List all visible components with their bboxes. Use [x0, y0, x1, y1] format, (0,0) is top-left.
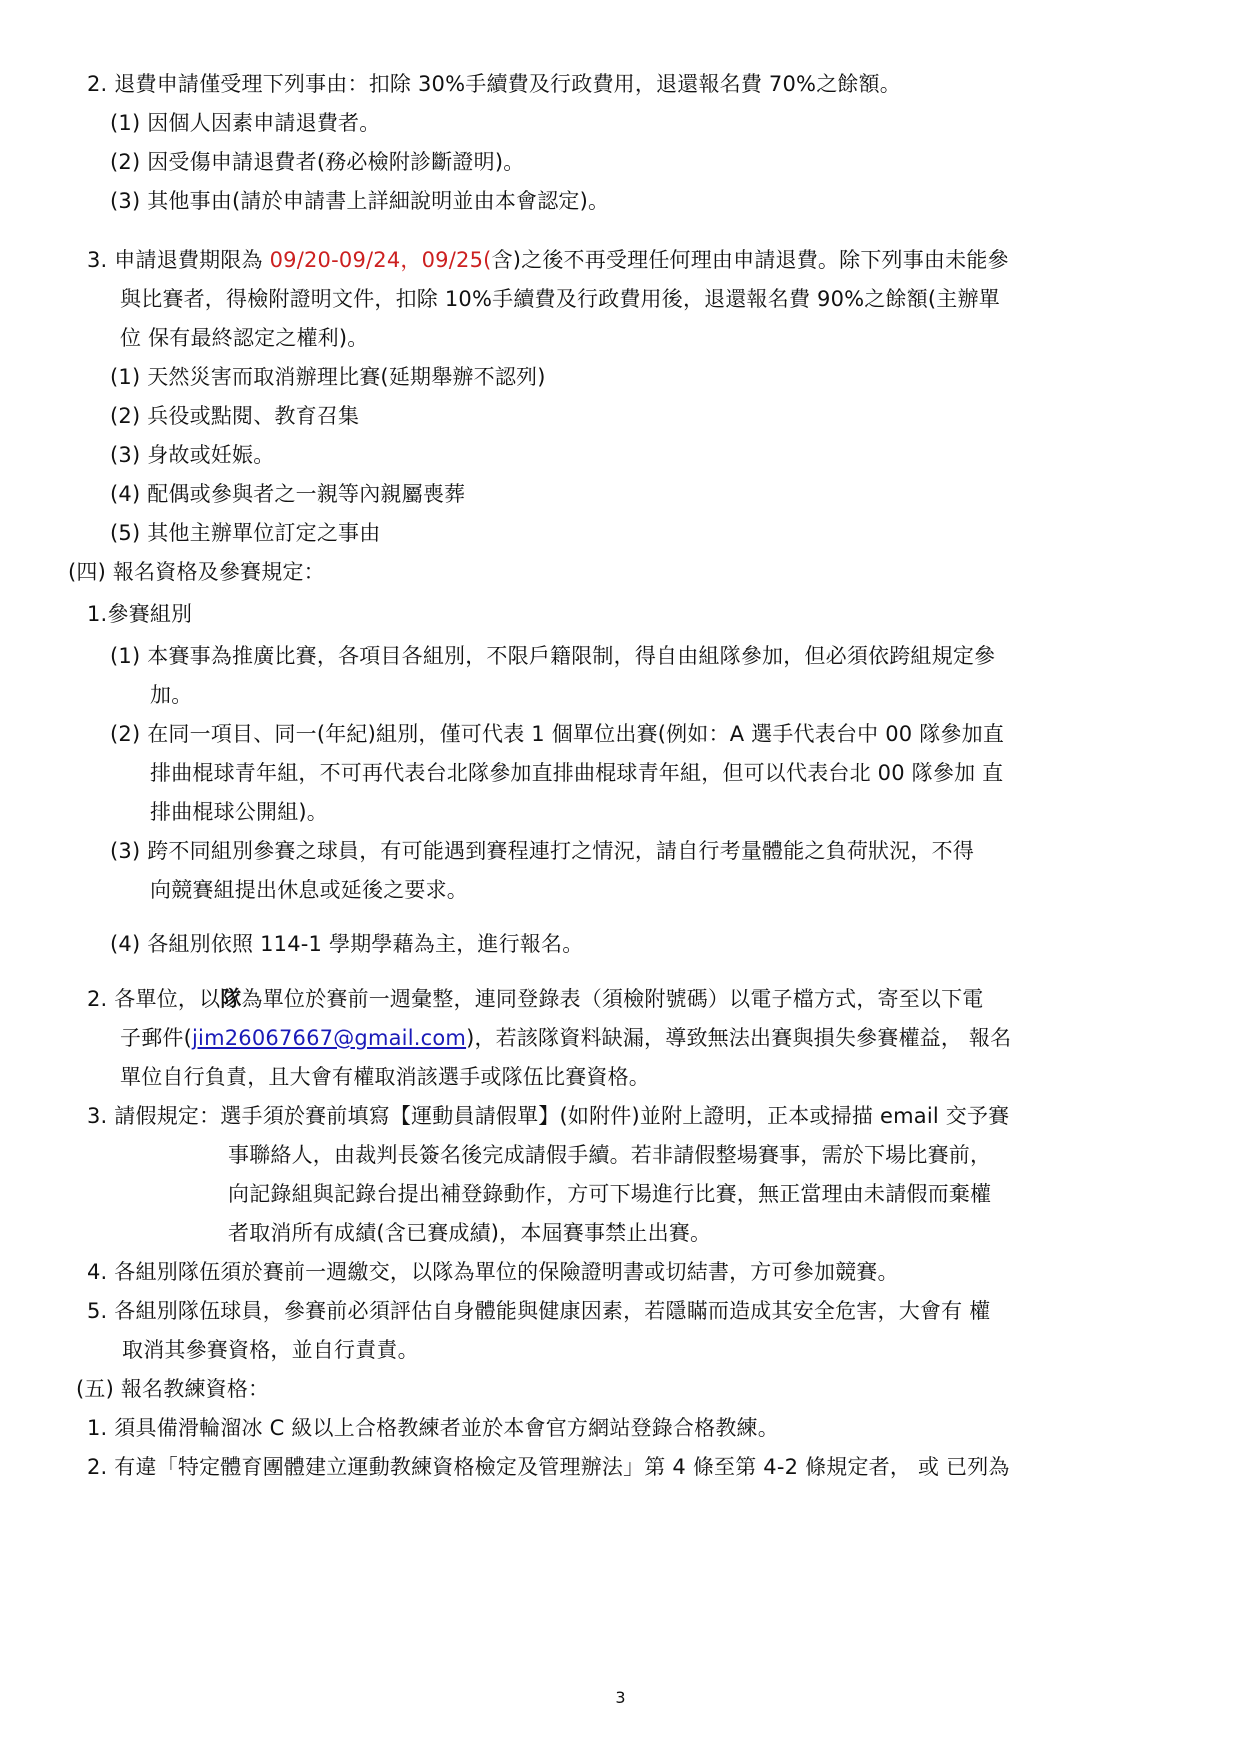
- section-4-item-2-bold: 隊: [220, 987, 241, 1011]
- section-4-item-5-line-2: 取消其參賽資格，並自行責責。: [122, 1336, 419, 1364]
- refund-item-3-sub-2: (2) 兵役或點閱、教育召集: [110, 402, 359, 430]
- section-4-item-5: 5. 各組別隊伍球員，參賽前必須評估自身體能與健康因素，若隱瞞而造成其安全危害，…: [87, 1297, 990, 1325]
- refund-item-2-sub-1: (1) 因個人因素申請退費者。: [110, 109, 380, 137]
- section-4-item-2-pre: 2. 各單位，以: [87, 987, 220, 1011]
- section-4-item-2-line-3: 單位自行負責，且大會有權取消該選手或隊伍比賽資格。: [120, 1063, 650, 1091]
- section-4-heading: (四) 報名資格及參賽規定：: [68, 558, 325, 586]
- refund-item-2-sub-3: (3) 其他事由(請於申請書上詳細說明並由本會認定)。: [110, 187, 609, 215]
- section-4-item-1-title: 1.參賽組別: [87, 600, 192, 628]
- section-4-item-1-sub-2-cont-2: 排曲棍球公開組)。: [150, 798, 328, 826]
- section-4-item-2: 2. 各單位，以隊為單位於賽前一週彙整，連同登錄表（須檢附號碼）以電子檔方式，寄…: [87, 985, 984, 1013]
- section-4-item-3-line-4: 者取消所有成績(含已賽成績)，本屆賽事禁止出賽。: [228, 1219, 711, 1247]
- section-5-item-2: 2. 有違「特定體育團體建立運動教練資格檢定及管理辦法」第 4 條至第 4-2 …: [87, 1453, 1010, 1481]
- refund-item-3-sub-3: (3) 身故或妊娠。: [110, 441, 274, 469]
- section-4-item-3-line-2: 事聯絡人，由裁判長簽名後完成請假手續。若非請假整場賽事，需於下場比賽前，: [228, 1141, 991, 1169]
- refund-deadline-dates: 09/20-09/24，09/25(: [270, 248, 492, 272]
- section-4-item-2-line-2-pre: 子郵件(: [120, 1026, 192, 1050]
- section-4-item-2-post: 為單位於賽前一週彙整，連同登錄表（須檢附號碼）以電子檔方式，寄至以下電: [242, 987, 984, 1011]
- section-4-item-4: 4. 各組別隊伍須於賽前一週繳交，以隊為單位的保險證明書或切結書，方可參加競賽。: [87, 1258, 899, 1286]
- refund-item-3-line-3: 位 保有最終認定之權利)。: [120, 324, 368, 352]
- refund-item-3: 3. 申請退費期限為 09/20-09/24，09/25(含)之後不再受理任何理…: [87, 246, 1009, 274]
- refund-item-3-suffix: 含)之後不再受理任何理由申請退費。除下列事由未能參: [492, 248, 1009, 272]
- refund-item-3-line-2: 與比賽者，得檢附證明文件，扣除 10%手續費及行政費用後，退還報名費 90%之餘…: [120, 285, 1000, 313]
- section-4-item-3-line-3: 向記錄組與記錄台提出補登錄動作，方可下場進行比賽，無正當理由未請假而棄權: [228, 1180, 991, 1208]
- section-4-item-1-sub-3-cont: 向競賽組提出休息或延後之要求。: [150, 876, 468, 904]
- section-4-item-3: 3. 請假規定：選手須於賽前填寫【運動員請假單】(如附件)並附上證明，正本或掃描…: [87, 1102, 1009, 1130]
- refund-item-3-sub-1: (1) 天然災害而取消辦理比賽(延期舉辦不認列): [110, 363, 546, 391]
- page-number: 3: [0, 1688, 1241, 1707]
- email-link[interactable]: jim26067667@gmail.com: [192, 1026, 466, 1050]
- section-5-item-1: 1. 須具備滑輪溜冰 C 級以上合格教練者並於本會官方網站登錄合格教練。: [87, 1414, 779, 1442]
- refund-item-2-sub-2: (2) 因受傷申請退費者(務必檢附診斷證明)。: [110, 148, 524, 176]
- section-4-item-1-sub-2-cont-1: 排曲棍球青年組，不可再代表台北隊參加直排曲棍球青年組，但可以代表台北 00 隊參…: [150, 759, 1003, 787]
- section-4-item-2-line-2: 子郵件(jim26067667@gmail.com)，若該隊資料缺漏，導致無法出…: [120, 1024, 1011, 1052]
- section-4-item-1-sub-4: (4) 各組別依照 114-1 學期學藉為主，進行報名。: [110, 930, 583, 958]
- section-4-item-2-line-2-post: )，若該隊資料缺漏，導致無法出賽與損失參賽權益， 報名: [466, 1026, 1011, 1050]
- section-4-item-1-sub-1-cont: 加。: [150, 681, 192, 709]
- refund-item-2: 2. 退費申請僅受理下列事由：扣除 30%手續費及行政費用，退還報名費 70%之…: [87, 70, 901, 98]
- section-4-item-1-sub-2: (2) 在同一項目、同一(年紀)組別，僅可代表 1 個單位出賽(例如：A 選手代…: [110, 720, 1004, 748]
- refund-item-3-sub-4: (4) 配偶或參與者之一親等內親屬喪葬: [110, 480, 465, 508]
- section-5-heading: (五) 報名教練資格：: [76, 1375, 269, 1403]
- section-4-item-1-sub-1: (1) 本賽事為推廣比賽，各項目各組別，不限戶籍限制，得自由組隊參加，但必須依跨…: [110, 642, 995, 670]
- refund-item-3-sub-5: (5) 其他主辦單位訂定之事由: [110, 519, 380, 547]
- refund-item-3-prefix: 3. 申請退費期限為: [87, 248, 270, 272]
- section-4-item-1-sub-3: (3) 跨不同組別參賽之球員，有可能遇到賽程連打之情況，請自行考量體能之負荷狀況…: [110, 837, 974, 865]
